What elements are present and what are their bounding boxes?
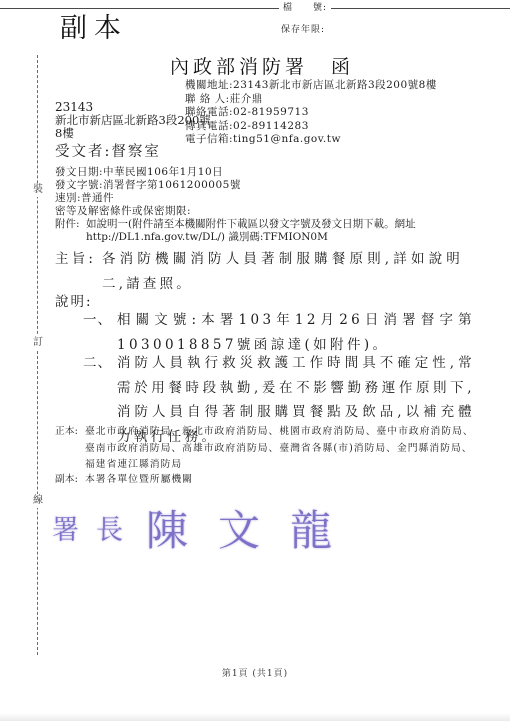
subject-text: 各消防機關消防人員著制服購餐原則,詳如說明二,請查照。: [102, 247, 463, 296]
page-number-footer: 第1頁 (共1頁): [0, 666, 510, 679]
recipient-address-line1: 新北市新店區北新路3段200號: [55, 112, 211, 128]
original-recipients: 臺北市政府消防局、新北市政府消防局、桃園市政府消防局、臺中市政府消防局、臺南市政…: [85, 424, 483, 474]
signature-name: 陳文龍: [146, 498, 362, 558]
sender-contact-block: 機關地址:23143新北市新店區北新路3段200號8樓 聯 絡 人:莊介鼎 聯絡…: [185, 79, 437, 147]
binding-char-zhuang: 裝: [29, 183, 47, 197]
attachment-row: 附件: 如說明一(附件請至本機關附件下載區以發文字號及發文日期下載。網址http…: [55, 218, 480, 244]
recipient-address-line2: 8樓: [55, 125, 74, 141]
recipient-name: 受文者:督察室: [55, 140, 161, 161]
binding-dashed-line: [37, 55, 38, 655]
retention-period-label: 保存年限:: [281, 22, 325, 35]
binding-char-xian: 線: [29, 494, 47, 508]
original-label: 正本:: [55, 424, 85, 474]
subject-label: 主旨:: [55, 247, 102, 296]
page-bottom-edge: [0, 713, 510, 721]
explanation-item-1: 一、 相關文號:本署103年12月26日消署督字第1030018857號函諒達(…: [83, 308, 475, 357]
attachment-text: 如說明一(附件請至本機關附件下載區以發文字號及發文日期下載。網址http://D…: [86, 218, 480, 244]
document-title: 內政部消防署 函: [0, 52, 510, 79]
attachment-label: 附件:: [55, 218, 86, 244]
document-meta-block: 發文日期:中華民國106年1月10日 發文字號:消署督字第1061200005號…: [55, 166, 241, 218]
original-recipients-row: 正本: 臺北市政府消防局、新北市政府消防局、桃園市政府消防局、臺中市政府消防局、…: [55, 424, 483, 474]
item-text: 相關文號:本署103年12月26日消署督字第1030018857號函諒達(如附件…: [117, 308, 475, 357]
binding-char-ding: 訂: [29, 336, 47, 350]
official-letter-page: 檔 號: 保存年限: 副本 裝 訂 線 內政部消防署 函 機關地址:23143新…: [0, 0, 510, 721]
copy-label: 副本:: [55, 472, 85, 489]
director-signature: 署長 陳文龍: [52, 498, 372, 558]
signature-title: 署長: [52, 508, 140, 547]
item-number: 一、: [83, 308, 117, 357]
copy-recipients: 本署各單位暨所屬機關: [85, 472, 483, 489]
copy-recipients-row: 副本: 本署各單位暨所屬機關: [55, 472, 483, 489]
subject-row: 主旨: 各消防機關消防人員著制服購餐原則,詳如說明二,請查照。: [55, 247, 463, 296]
copy-stamp: 副本: [60, 6, 128, 45]
file-number-label: 檔 號:: [279, 1, 331, 15]
explanation-label: 說明:: [55, 290, 93, 310]
